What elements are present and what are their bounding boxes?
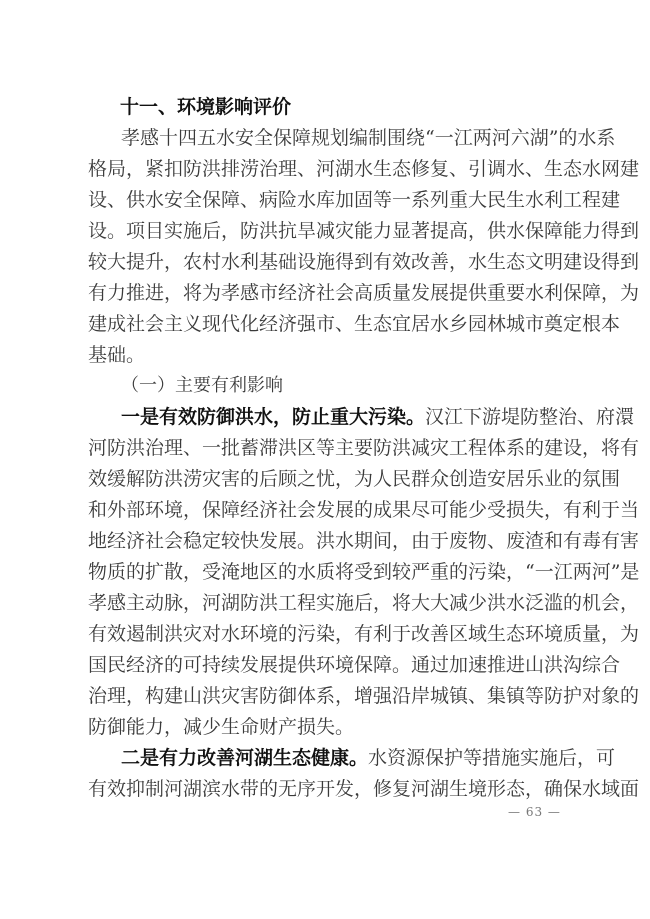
paragraph-line: 河防洪治理、一批蓄滞洪区等主要防洪减灾工程体系的建设，将有: [88, 433, 562, 463]
paragraph-line: 格局，紧扣防洪排涝治理、河湖水生态修复、引调水、生态水网建: [88, 154, 562, 184]
paragraph-line: 一是有效防御洪水，防止重大污染。汉江下游堤防整治、府澴: [121, 402, 562, 432]
point-text: 水资源保护等措施实施后，可: [368, 747, 615, 769]
paragraph-line: 物质的扩散，受淹地区的水质将受到较严重的污染，“一江两河”是: [88, 557, 562, 587]
paragraph-line: 设、供水安全保障、病险水库加固等一系列重大民生水利工程建: [88, 185, 562, 215]
paragraph-line: 基础。: [88, 340, 562, 370]
subsection-heading: （一）主要有利影响: [121, 371, 283, 401]
paragraph-line: 有效遏制洪灾对水环境的污染，有利于改善区域生态环境质量，为: [88, 619, 562, 649]
paragraph-line: 孝感十四五水安全保障规划编制围绕“一江两河六湖”的水系: [121, 123, 562, 153]
paragraph-line: 治理，构建山洪灾害防御体系，增强沿岸城镇、集镇等防护对象的: [88, 681, 562, 711]
paragraph-line: 防御能力，减少生命财产损失。: [88, 712, 562, 742]
page-number: — 63 —: [508, 805, 561, 819]
paragraph-line: 二是有力改善河湖生态健康。水资源保护等措施实施后，可: [121, 743, 562, 773]
paragraph-line: 有力推进，将为孝感市经济社会高质量发展提供重要水利保障，为: [88, 278, 562, 308]
paragraph-line: 国民经济的可持续发展提供环境保障。通过加速推进山洪沟综合: [88, 650, 562, 680]
paragraph-line: 建成社会主义现代化经济强市、生态宜居水乡园林城市奠定根本: [88, 309, 562, 339]
paragraph-line: 较大提升，农村水利基础设施得到有效改善，水生态文明建设得到: [88, 247, 562, 277]
point-text: 汉江下游堤防整治、府澴: [425, 406, 634, 428]
paragraph-line: 效缓解防洪涝灾害的后顾之忧，为人民群众创造安居乐业的氛围: [88, 464, 562, 494]
point-title: 二是有力改善河湖生态健康。: [121, 747, 368, 769]
paragraph-line: 地经济社会稳定较快发展。洪水期间，由于废物、废渣和有毒有害: [88, 526, 562, 556]
paragraph-line: 设。项目实施后，防洪抗旱减灾能力显著提高，供水保障能力得到: [88, 216, 562, 246]
document-page: 十一、环境影响评价 孝感十四五水安全保障规划编制围绕“一江两河六湖”的水系 格局…: [0, 0, 650, 919]
point-title: 一是有效防御洪水，防止重大污染。: [121, 406, 425, 428]
paragraph-line: 和外部环境，保障经济社会发展的成果尽可能少受损失，有利于当: [88, 495, 562, 525]
paragraph-line: 孝感主动脉，河湖防洪工程实施后，将大大减少洪水泛滥的机会，: [88, 588, 562, 618]
section-heading: 十一、环境影响评价: [120, 92, 291, 122]
paragraph-line: 有效抑制河湖滨水带的无序开发，修复河湖生境形态，确保水域面: [88, 774, 562, 804]
